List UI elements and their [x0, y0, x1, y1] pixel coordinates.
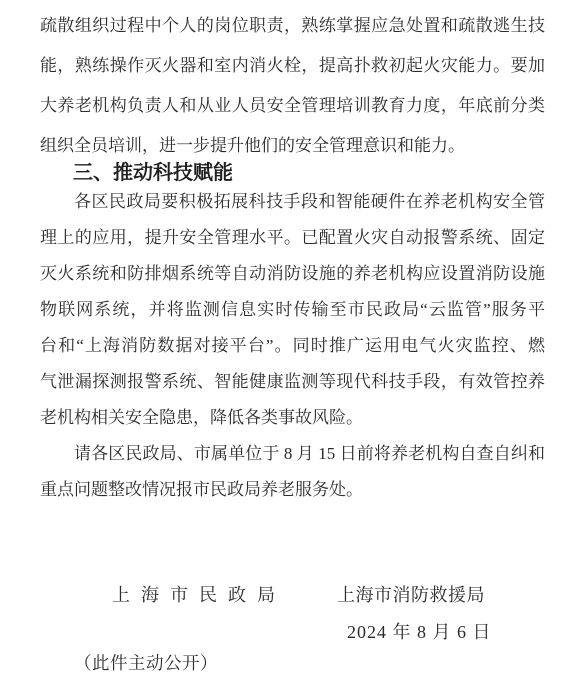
body-line: 请各区民政局、市属单位于 8 月 15 日前将养老机构自查自纠和 [40, 436, 545, 472]
signature-left-org: 上海市民政局 [112, 584, 286, 606]
continuation-paragraph: 疏散组织过程中个人的岗位职责，熟练掌握应急处置和疏散逃生技 能，熟练操作灭火器和… [40, 6, 545, 166]
signature-right-org: 上海市消防救援局 [337, 584, 485, 606]
body-line: 理上的应用，提升安全管理水平。已配置火灾自动报警系统、固定 [40, 220, 545, 256]
section-three-paragraph: 各区民政局要积极拓展科技手段和智能硬件在养老机构安全管 理上的应用，提升安全管理… [40, 184, 545, 436]
body-line: 重点问题整改情况报市民政局养老服务处。 [40, 472, 545, 508]
body-line: 能，熟练操作灭火器和室内消火栓，提高扑救初起火灾能力。要加 [40, 46, 545, 86]
closing-paragraph: 请各区民政局、市属单位于 8 月 15 日前将养老机构自查自纠和 重点问题整改情… [40, 436, 545, 508]
body-line: 气泄漏探测报警系统、智能健康监测等现代科技手段，有效管控养 [40, 364, 545, 400]
body-line: 老机构相关安全隐患，降低各类事故风险。 [40, 400, 545, 436]
body-line: 各区民政局要积极拓展科技手段和智能硬件在养老机构安全管 [40, 184, 545, 220]
body-line: 大养老机构负责人和从业人员安全管理培训教育力度，年底前分类 [40, 86, 545, 126]
document-page: 疏散组织过程中个人的岗位职责，熟练掌握应急处置和疏散逃生技 能，熟练操作灭火器和… [0, 0, 580, 682]
document-date: 2024 年 8 月 6 日 [347, 621, 492, 643]
body-line: 疏散组织过程中个人的岗位职责，熟练掌握应急处置和疏散逃生技 [40, 6, 545, 46]
document-body: 疏散组织过程中个人的岗位职责，熟练掌握应急处置和疏散逃生技 能，熟练操作灭火器和… [40, 6, 545, 508]
body-line: 灭火系统和防排烟系统等自动消防设施的养老机构应设置消防设施 [40, 256, 545, 292]
publicity-note: （此件主动公开） [74, 652, 218, 674]
body-line: 物联网系统，并将监测信息实时传输至市民政局“云监管”服务平 [40, 292, 545, 328]
body-line: 台和“上海消防数据对接平台”。同时推广运用电气火灾监控、燃 [40, 328, 545, 364]
